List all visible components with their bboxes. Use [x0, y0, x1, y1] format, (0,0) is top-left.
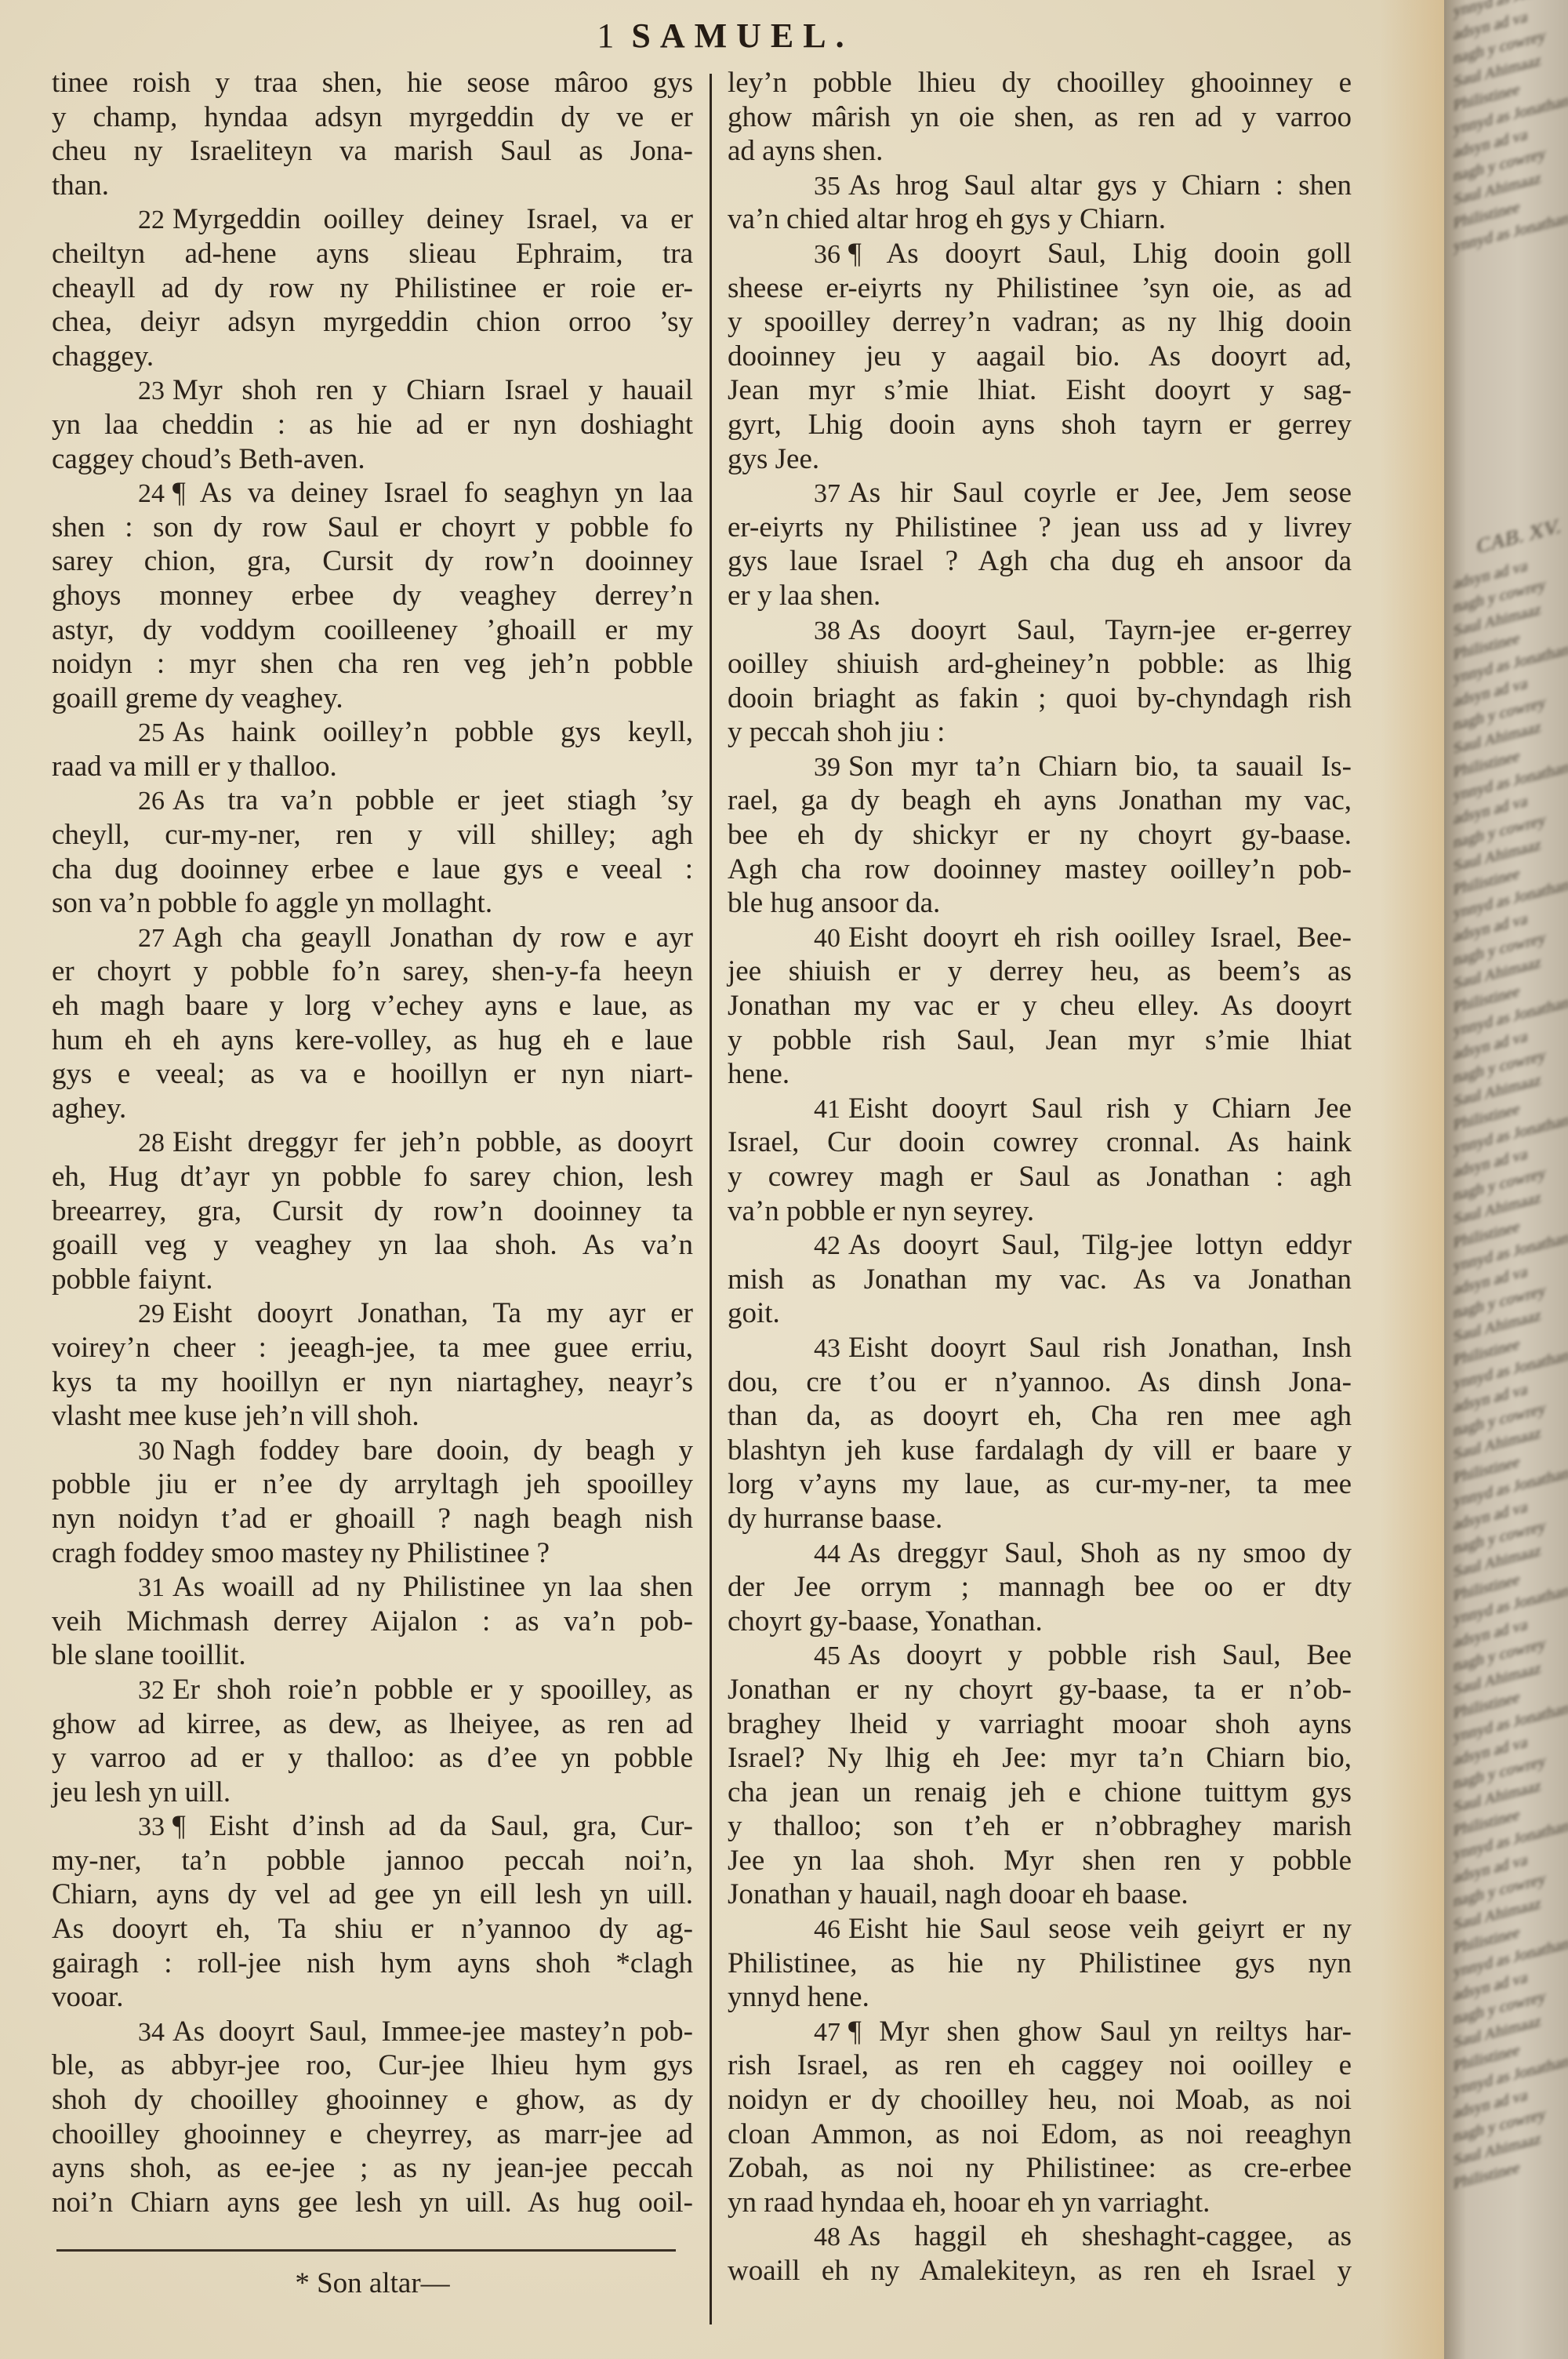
verse-start-line: 38As dooyrt Saul, Tayrn-jee er-gerrey [728, 613, 1352, 648]
text-line: pobble faiynt. [52, 1263, 693, 1297]
line-text: Son myr ta’n Chiarn bio, ta sauail Is- [848, 751, 1352, 783]
line-text: ¶ As va deiney Israel fo seaghyn yn laa [172, 477, 693, 509]
text-line: Jonathan my vac er y cheu elley. As dooy… [728, 989, 1352, 1023]
text-line: choyrt gy-baase, Yonathan. [728, 1605, 1352, 1639]
line-text: ghoys monney erbee dy veaghey derrey’n [52, 580, 693, 612]
line-text: Eisht hie Saul seose veih geiyrt er ny [848, 1913, 1352, 1945]
page-curl-shadow [1380, 0, 1450, 2359]
line-text: Jonathan er ny choyrt gy-baase, ta er n’… [728, 1674, 1352, 1706]
line-text: cheyll, cur-my-ner, ren y vill shilley; … [52, 819, 693, 851]
line-text: hene. [728, 1058, 789, 1090]
line-text: ad ayns shen. [728, 135, 883, 167]
text-line: noi’n Chiarn ayns gee lesh yn uill. As h… [52, 2186, 693, 2220]
line-text: nyn noidyn t’ad er ghoaill ? nagh beagh … [52, 1503, 693, 1535]
line-text: ooilley shiuish ard-gheiney’n pobble: as… [728, 648, 1352, 680]
text-line: Chiarn, ayns dy vel ad gee yn eill lesh … [52, 1877, 693, 1912]
text-line: va’n chied altar hrog eh gys y Chiarn. [728, 202, 1352, 237]
text-line: goaill veg y veaghey yn laa shoh. As va’… [52, 1228, 693, 1263]
text-line: hum eh eh ayns kere-volley, as hug eh e … [52, 1023, 693, 1058]
verse-start-line: 46Eisht hie Saul seose veih geiyrt er ny [728, 1912, 1352, 1946]
line-text: As dooyrt Saul, Tilg-jee lottyn eddyr [848, 1229, 1352, 1261]
text-line: vooar. [52, 1980, 693, 2015]
verse-number: 34 [138, 2018, 165, 2047]
verse-start-line: 31As woaill ad ny Philistinee yn laa she… [52, 1570, 693, 1605]
line-text: Jonathan my vac er y cheu elley. As dooy… [728, 990, 1352, 1022]
text-line: cha dug dooinney erbee e laue gys e veea… [52, 852, 693, 887]
verse-number: 31 [138, 1573, 165, 1602]
verse-number: 46 [814, 1915, 840, 1944]
line-text: gyrt, Lhig dooin ayns shoh tayrn er gerr… [728, 409, 1352, 441]
text-line: braghey lheid y varriaght mooar shoh ayn… [728, 1707, 1352, 1742]
verse-number: 28 [138, 1129, 165, 1158]
verse-start-line: 37As hir Saul coyrle er Jee, Jem seose [728, 476, 1352, 511]
line-text: pobble jiu er n’ee dy arryltagh jeh spoo… [52, 1468, 693, 1500]
verse-start-line: 36¶ As dooyrt Saul, Lhig dooin goll [728, 237, 1352, 271]
verse-number: 35 [814, 172, 840, 201]
text-line: Agh cha row dooinney mastey ooilley’n po… [728, 852, 1352, 887]
line-text: Er shoh roie’n pobble er y spooilley, as [172, 1674, 693, 1706]
text-line: y cowrey magh er Saul as Jonathan : agh [728, 1160, 1352, 1194]
text-line: gairagh : roll-jee nish hym ayns shoh *c… [52, 1946, 693, 1981]
text-line: Jee yn laa shoh. Myr shen ren y pobble [728, 1844, 1352, 1878]
verse-start-line: 35As hrog Saul altar gys y Chiarn : shen [728, 169, 1352, 203]
line-text: goaill greme dy veaghey. [52, 682, 343, 714]
line-text: than da, as dooyrt eh, Cha ren mee agh [728, 1400, 1352, 1432]
line-text: Myrgeddin ooilley deiney Israel, va er [172, 203, 693, 235]
text-line: noidyn er dy chooilley heu, noi Moab, as… [728, 2083, 1352, 2117]
text-line: y varroo ad er y thalloo: as d’ee yn pob… [52, 1741, 693, 1776]
text-line: gys Jee. [728, 442, 1352, 477]
text-line: goaill greme dy veaghey. [52, 682, 693, 716]
text-line: cheu ny Israeliteyn va marish Saul as Jo… [52, 134, 693, 169]
verse-number: 42 [814, 1231, 840, 1260]
line-text: tinee roish y traa shen, hie seose mâroo… [52, 67, 693, 99]
verse-start-line: 33¶ Eisht d’insh ad da Saul, gra, Cur- [52, 1809, 693, 1844]
text-line: sheese er-eiyrts ny Philistinee ’syn oie… [728, 271, 1352, 306]
text-line: astyr, dy voddym cooilleeney ’ghoaill er… [52, 613, 693, 648]
text-line: y champ, hyndaa adsyn myrgeddin dy ve er [52, 100, 693, 135]
line-text: rael, ga dy beagh eh ayns Jonathan my va… [728, 784, 1352, 816]
verse-start-line: 47¶ Myr shen ghow Saul yn reiltys har- [728, 2015, 1352, 2049]
text-line: ghoys monney erbee dy veaghey derrey’n [52, 579, 693, 613]
verse-number: 37 [814, 479, 840, 508]
text-line: ghow ad kirree, as dew, as lheiyee, as r… [52, 1707, 693, 1742]
line-text: Jee yn laa shoh. Myr shen ren y pobble [728, 1845, 1352, 1877]
adjacent-page-edge: ynnyd as Jonathanadsyn ad vanagh y cowre… [1444, 0, 1568, 2359]
line-text: braghey lheid y varriaght mooar shoh ayn… [728, 1708, 1352, 1740]
line-text: noidyn : myr shen cha ren veg jeh’n pobb… [52, 648, 693, 680]
line-text: cragh foddey smoo mastey ny Philistinee … [52, 1537, 550, 1569]
text-line: nyn noidyn t’ad er ghoaill ? nagh beagh … [52, 1502, 693, 1536]
line-text: dooinney jeu y aagail bio. As dooyrt ad, [728, 340, 1352, 373]
text-line: cha jean un renaig jeh e chione tuittym … [728, 1776, 1352, 1810]
text-line: raad va mill er y thalloo. [52, 750, 693, 784]
line-text: Jean myr s’mie lhiat. Eisht dooyrt y sag… [728, 374, 1352, 406]
text-line: aghey. [52, 1092, 693, 1126]
line-text: noi’n Chiarn ayns gee lesh yn uill. As h… [52, 2186, 693, 2219]
text-line: rish Israel, as ren eh caggey noi ooille… [728, 2048, 1352, 2083]
text-line: gys e veeal; as va e hooillyn er nyn nia… [52, 1057, 693, 1092]
line-text: gys Jee. [728, 443, 819, 475]
verse-number: 48 [814, 2223, 840, 2252]
text-line: ayns shoh, as ee-jee ; as ny jean-jee pe… [52, 2151, 693, 2186]
line-text: dou, cre t’ou er n’yannoo. As dinsh Jona… [728, 1366, 1352, 1398]
column-divider [710, 74, 712, 2324]
verse-number: 30 [138, 1437, 165, 1466]
line-text: ghow ad kirree, as dew, as lheiyee, as r… [52, 1708, 693, 1740]
text-line: jeu lesh yn uill. [52, 1776, 693, 1810]
verse-start-line: 25As haink ooilley’n pobble gys keyll, [52, 715, 693, 750]
line-text: As hrog Saul altar gys y Chiarn : shen [848, 169, 1352, 202]
verse-start-line: 32Er shoh roie’n pobble er y spooilley, … [52, 1673, 693, 1707]
line-text: der Jee orrym ; mannagh bee oo er dty [728, 1571, 1352, 1603]
text-line: ynnyd hene. [728, 1980, 1352, 2015]
line-text: goaill veg y veaghey yn laa shoh. As va’… [52, 1229, 693, 1261]
text-line: mish as Jonathan my vac. As va Jonathan [728, 1263, 1352, 1297]
line-text: hum eh eh ayns kere-volley, as hug eh e … [52, 1024, 693, 1056]
verse-number: 43 [814, 1334, 840, 1363]
book-page: 1SAMUEL. tinee roish y traa shen, hie se… [0, 0, 1450, 2359]
text-line: cheyll, cur-my-ner, ren y vill shilley; … [52, 818, 693, 852]
line-text: pobble faiynt. [52, 1263, 213, 1296]
text-line: bee eh dy shickyr er ny choyrt gy-baase. [728, 818, 1352, 852]
verse-number: 24 [138, 479, 165, 508]
text-line: cheayll ad dy row ny Philistinee er roie… [52, 271, 693, 306]
line-text: shoh dy chooilley ghooinney e ghow, as d… [52, 2084, 693, 2116]
line-text: y cowrey magh er Saul as Jonathan : agh [728, 1161, 1352, 1193]
line-text: sarey chion, gra, Cursit dy row’n dooinn… [52, 545, 693, 577]
text-line: Jonathan er ny choyrt gy-baase, ta er n’… [728, 1673, 1352, 1707]
line-text: As woaill ad ny Philistinee yn laa shen [172, 1571, 693, 1603]
line-text: Myr shoh ren y Chiarn Israel y hauail [172, 374, 693, 406]
text-line: gyrt, Lhig dooin ayns shoh tayrn er gerr… [728, 408, 1352, 442]
text-line: er-eiyrts ny Philistinee ? jean uss ad y… [728, 511, 1352, 545]
line-text: veih Michmash derrey Aijalon : as va’n p… [52, 1605, 693, 1637]
line-text: noidyn er dy chooilley heu, noi Moab, as… [728, 2084, 1352, 2116]
line-text: yn raad hyndaa eh, hooar eh yn varriaght… [728, 2186, 1210, 2219]
line-text: raad va mill er y thalloo. [52, 751, 337, 783]
verse-number: 29 [138, 1299, 165, 1329]
verse-start-line: 45As dooyrt y pobble rish Saul, Bee [728, 1638, 1352, 1673]
text-line: ad ayns shen. [728, 134, 1352, 169]
footnote-rule [56, 2249, 676, 2252]
verse-number: 45 [814, 1641, 840, 1670]
text-line: tinee roish y traa shen, hie seose mâroo… [52, 66, 693, 100]
line-text: Eisht dooyrt Saul rish Jonathan, Insh [848, 1332, 1352, 1364]
text-line: shoh dy chooilley ghooinney e ghow, as d… [52, 2083, 693, 2117]
line-text: chaggey. [52, 340, 154, 373]
line-text: astyr, dy voddym cooilleeney ’ghoaill er… [52, 614, 693, 646]
verse-number: 38 [814, 616, 840, 645]
text-line: lorg v’ayns my laue, as cur-my-ner, ta m… [728, 1467, 1352, 1502]
line-text: cheiltyn ad-hene ayns slieau Ephraim, tr… [52, 238, 693, 270]
text-line: chaggey. [52, 340, 693, 374]
verse-start-line: 34As dooyrt Saul, Immee-jee mastey’n pob… [52, 2015, 693, 2049]
line-text: vooar. [52, 1981, 123, 2013]
text-line: breearrey, gra, Cursit dy row’n dooinney… [52, 1194, 693, 1229]
line-text: va’n chied altar hrog eh gys y Chiarn. [728, 203, 1166, 235]
text-line: gys laue Israel ? Agh cha dug eh ansoor … [728, 544, 1352, 579]
verse-number: 22 [138, 205, 165, 234]
text-line: hene. [728, 1057, 1352, 1092]
text-line: eh magh baare y lorg v’echey ayns e laue… [52, 989, 693, 1023]
footnote: * Son altar— [52, 2266, 693, 2300]
line-text: As haink ooilley’n pobble gys keyll, [172, 716, 693, 748]
line-text: Philistinee, as hie ny Philistinee gys n… [728, 1947, 1352, 1979]
line-text: y champ, hyndaa adsyn myrgeddin dy ve er [52, 101, 693, 133]
line-text: jeu lesh yn uill. [52, 1776, 230, 1808]
text-line: jee shiuish er y derrey heu, as beem’s a… [728, 954, 1352, 989]
verse-number: 40 [814, 924, 840, 953]
verse-start-line: 26As tra va’n pobble er jeet stiagh ’sy [52, 783, 693, 818]
text-line: veih Michmash derrey Aijalon : as va’n p… [52, 1605, 693, 1639]
verse-start-line: 30Nagh foddey bare dooin, dy beagh y [52, 1434, 693, 1468]
line-text: sheese er-eiyrts ny Philistinee ’syn oie… [728, 272, 1352, 304]
text-line: Zobah, as noi ny Philistinee: as cre-erb… [728, 2151, 1352, 2186]
verse-start-line: 43Eisht dooyrt Saul rish Jonathan, Insh [728, 1331, 1352, 1365]
text-line: dy hurranse baase. [728, 1502, 1352, 1536]
text-line: than. [52, 169, 693, 203]
line-text: vlasht mee kuse jeh’n vill shoh. [52, 1400, 419, 1432]
line-text: As dooyrt eh, Ta shiu er n’yannoo dy ag- [52, 1913, 693, 1945]
line-text: Eisht dooyrt Jonathan, Ta my ayr er [172, 1297, 693, 1329]
text-line: y spooilley derrey’n vadran; as ny lhig … [728, 305, 1352, 340]
verse-number: 23 [138, 376, 165, 405]
line-text: As dooyrt Saul, Tayrn-jee er-gerrey [848, 614, 1352, 646]
text-line: than da, as dooyrt eh, Cha ren mee agh [728, 1399, 1352, 1434]
verse-start-line: 42As dooyrt Saul, Tilg-jee lottyn eddyr [728, 1228, 1352, 1263]
verse-number: 25 [138, 718, 165, 747]
text-line: yn raad hyndaa eh, hooar eh yn varriaght… [728, 2186, 1352, 2220]
line-text: y spooilley derrey’n vadran; as ny lhig … [728, 306, 1352, 338]
text-line: Jean myr s’mie lhiat. Eisht dooyrt y sag… [728, 373, 1352, 408]
text-line: er choyrt y pobble fo’n sarey, shen-y-fa… [52, 954, 693, 989]
text-line: dou, cre t’ou er n’yannoo. As dinsh Jona… [728, 1365, 1352, 1400]
verse-number: 33 [138, 1812, 165, 1841]
adjacent-page-text: ynnyd as Jonathanadsyn ad vanagh y cowre… [1454, 0, 1563, 2359]
verse-number: 26 [138, 787, 165, 816]
line-text: Agh cha row dooinney mastey ooilley’n po… [728, 853, 1352, 885]
text-line: Israel, Cur dooin cowrey cronnal. As hai… [728, 1125, 1352, 1160]
line-text: ¶ Myr shen ghow Saul yn reiltys har- [848, 2016, 1352, 2048]
text-line: my-ner, ta’n pobble jannoo peccah noi’n, [52, 1844, 693, 1878]
text-line: ble slane tooillit. [52, 1638, 693, 1673]
line-text: As dreggyr Saul, Shoh as ny smoo dy [848, 1537, 1352, 1569]
line-text: Jonathan y hauail, nagh dooar eh baase. [728, 1878, 1189, 1910]
line-text: cheayll ad dy row ny Philistinee er roie… [52, 272, 693, 304]
text-line: ooilley shiuish ard-gheiney’n pobble: as… [728, 647, 1352, 682]
line-text: Chiarn, ayns dy vel ad gee yn eill lesh … [52, 1878, 693, 1910]
line-text: er y laa shen. [728, 580, 880, 612]
text-line: yn laa cheddin : as hie ad er nyn doshia… [52, 408, 693, 442]
line-text: Eisht dooyrt Saul rish y Chiarn Jee [848, 1092, 1352, 1125]
line-text: yn laa cheddin : as hie ad er nyn doshia… [52, 409, 693, 441]
text-line: cloan Ammon, as noi Edom, as noi reeaghy… [728, 2117, 1352, 2152]
text-line: ley’n pobble lhieu dy chooilley ghooinne… [728, 66, 1352, 100]
verse-start-line: 40Eisht dooyrt eh rish ooilley Israel, B… [728, 921, 1352, 955]
verse-start-line: 28Eisht dreggyr fer jeh’n pobble, as doo… [52, 1125, 693, 1160]
line-text: cheu ny Israeliteyn va marish Saul as Jo… [52, 135, 693, 167]
verse-start-line: 48As haggil eh sheshaght-caggee, as [728, 2219, 1352, 2254]
line-text: aghey. [52, 1092, 126, 1125]
text-line: er y laa shen. [728, 579, 1352, 613]
line-text: voirey’n cheer : jeeagh-jee, ta mee guee… [52, 1332, 693, 1364]
line-text: lorg v’ayns my laue, as cur-my-ner, ta m… [728, 1468, 1352, 1500]
text-line: sarey chion, gra, Cursit dy row’n dooinn… [52, 544, 693, 579]
verse-start-line: 29Eisht dooyrt Jonathan, Ta my ayr er [52, 1296, 693, 1331]
line-text: kys ta my hooillyn er nyn niartaghey, ne… [52, 1366, 693, 1398]
line-text: caggey choud’s Beth-aven. [52, 443, 365, 475]
line-text: my-ner, ta’n pobble jannoo peccah noi’n, [52, 1845, 693, 1877]
verse-number: 39 [814, 753, 840, 782]
line-text: ghow mârish yn oie shen, as ren ad y var… [728, 101, 1352, 133]
verse-number: 47 [814, 2018, 840, 2047]
line-text: y thalloo; son t’eh er n’obbraghey maris… [728, 1810, 1352, 1842]
line-text: As hir Saul coyrle er Jee, Jem seose [848, 477, 1352, 509]
text-line: Israel? Ny lhig eh Jee: myr ta’n Chiarn … [728, 1741, 1352, 1776]
verse-start-line: 23Myr shoh ren y Chiarn Israel y hauail [52, 373, 693, 408]
line-text: breearrey, gra, Cursit dy row’n dooinney… [52, 1195, 693, 1227]
text-line: shen : son dy row Saul er choyrt y pobbl… [52, 511, 693, 545]
text-line: noidyn : myr shen cha ren veg jeh’n pobb… [52, 647, 693, 682]
line-text: chooilley ghooinney e cheyrrey, as marr-… [52, 2118, 693, 2150]
line-text: ley’n pobble lhieu dy chooilley ghooinne… [728, 67, 1352, 99]
line-text: gys laue Israel ? Agh cha dug eh ansoor … [728, 545, 1352, 577]
text-line: As dooyrt eh, Ta shiu er n’yannoo dy ag- [52, 1912, 693, 1946]
line-text: Israel? Ny lhig eh Jee: myr ta’n Chiarn … [728, 1742, 1352, 1774]
line-text: As tra va’n pobble er jeet stiagh ’sy [172, 784, 693, 816]
text-line: woaill eh ny Amalekiteyn, as ren eh Isra… [728, 2254, 1352, 2288]
text-line: Philistinee, as hie ny Philistinee gys n… [728, 1946, 1352, 1981]
verse-number: 32 [138, 1676, 165, 1705]
line-text: Israel, Cur dooin cowrey cronnal. As hai… [728, 1126, 1352, 1158]
verse-start-line: 44As dreggyr Saul, Shoh as ny smoo dy [728, 1536, 1352, 1571]
line-text: cha dug dooinney erbee e laue gys e veea… [52, 853, 693, 885]
book-number: 1 [597, 16, 614, 55]
line-text: bee eh dy shickyr er ny choyrt gy-baase. [728, 819, 1352, 851]
line-text: choyrt gy-baase, Yonathan. [728, 1605, 1043, 1637]
line-text: va’n pobble er nyn seyrey. [728, 1195, 1034, 1227]
line-text: than. [52, 169, 109, 202]
verse-start-line: 39Son myr ta’n Chiarn bio, ta sauail Is- [728, 750, 1352, 784]
text-line: ble, as abbyr-jee roo, Cur-jee lhieu hym… [52, 2048, 693, 2083]
line-text: ¶ As dooyrt Saul, Lhig dooin goll [848, 238, 1352, 270]
line-text: shen : son dy row Saul er choyrt y pobbl… [52, 511, 693, 543]
line-text: chea, deiyr adsyn myrgeddin chion orroo … [52, 306, 693, 338]
text-line: rael, ga dy beagh eh ayns Jonathan my va… [728, 783, 1352, 818]
text-line: dooinney jeu y aagail bio. As dooyrt ad, [728, 340, 1352, 374]
line-text: Zobah, as noi ny Philistinee: as cre-erb… [728, 2152, 1352, 2184]
line-text: Nagh foddey bare dooin, dy beagh y [172, 1434, 693, 1467]
line-text: Eisht dreggyr fer jeh’n pobble, as dooyr… [172, 1126, 693, 1158]
line-text: dooin briaght as fakin ; quoi by-chyndag… [728, 682, 1352, 714]
line-text: son va’n pobble fo aggle yn mollaght. [52, 887, 492, 919]
text-line: cheiltyn ad-hene ayns slieau Ephraim, tr… [52, 237, 693, 271]
verse-number: 27 [138, 924, 165, 953]
text-line: Jonathan y hauail, nagh dooar eh baase. [728, 1877, 1352, 1912]
line-text: er choyrt y pobble fo’n sarey, shen-y-fa… [52, 955, 693, 987]
line-text: jee shiuish er y derrey heu, as beem’s a… [728, 955, 1352, 987]
text-line: y peccah shoh jiu : [728, 715, 1352, 750]
text-line: blashtyn jeh kuse fardalagh dy vill er b… [728, 1434, 1352, 1468]
line-text: eh magh baare y lorg v’echey ayns e laue… [52, 990, 693, 1022]
verse-number: 41 [814, 1095, 840, 1124]
line-text: gairagh : roll-jee nish hym ayns shoh *c… [52, 1947, 693, 1979]
line-text: Agh cha geayll Jonathan dy row e ayr [172, 921, 693, 954]
text-line: y thalloo; son t’eh er n’obbraghey maris… [728, 1809, 1352, 1844]
verse-start-line: 27Agh cha geayll Jonathan dy row e ayr [52, 921, 693, 955]
text-line: chooilley ghooinney e cheyrrey, as marr-… [52, 2117, 693, 2152]
line-text: As dooyrt Saul, Immee-jee mastey’n pob- [172, 2016, 693, 2048]
verse-start-line: 24¶ As va deiney Israel fo seaghyn yn la… [52, 476, 693, 511]
text-line: pobble jiu er n’ee dy arryltagh jeh spoo… [52, 1467, 693, 1502]
text-line: son va’n pobble fo aggle yn mollaght. [52, 886, 693, 921]
line-text: gys e veeal; as va e hooillyn er nyn nia… [52, 1058, 693, 1090]
text-line: cragh foddey smoo mastey ny Philistinee … [52, 1536, 693, 1571]
text-line: va’n pobble er nyn seyrey. [728, 1194, 1352, 1229]
text-line: vlasht mee kuse jeh’n vill shoh. [52, 1399, 693, 1434]
line-text: y peccah shoh jiu : [728, 716, 945, 748]
line-text: As haggil eh sheshaght-caggee, as [848, 2220, 1352, 2252]
line-text: As dooyrt y pobble rish Saul, Bee [848, 1639, 1352, 1671]
line-text: ayns shoh, as ee-jee ; as ny jean-jee pe… [52, 2152, 693, 2184]
right-column: ley’n pobble lhieu dy chooilley ghooinne… [728, 66, 1352, 2288]
line-text: cloan Ammon, as noi Edom, as noi reeaghy… [728, 2118, 1352, 2150]
verse-number: 36 [814, 240, 840, 269]
line-text: goit. [728, 1297, 780, 1329]
text-line: eh, Hug dt’ayr yn pobble fo sarey chion,… [52, 1160, 693, 1194]
line-text: ble, as abbyr-jee roo, Cur-jee lhieu hym… [52, 2049, 693, 2081]
line-text: rish Israel, as ren eh caggey noi ooille… [728, 2049, 1352, 2081]
text-line: chea, deiyr adsyn myrgeddin chion orroo … [52, 305, 693, 340]
left-column: tinee roish y traa shen, hie seose mâroo… [52, 66, 693, 2219]
text-line: ble hug ansoor da. [728, 886, 1352, 921]
text-line: der Jee orrym ; mannagh bee oo er dty [728, 1570, 1352, 1605]
line-text: mish as Jonathan my vac. As va Jonathan [728, 1263, 1352, 1296]
text-line: caggey choud’s Beth-aven. [52, 442, 693, 477]
text-line: kys ta my hooillyn er nyn niartaghey, ne… [52, 1365, 693, 1400]
line-text: er-eiyrts ny Philistinee ? jean uss ad y… [728, 511, 1352, 543]
text-line: goit. [728, 1296, 1352, 1331]
line-text: y pobble rish Saul, Jean myr s’mie lhiat [728, 1024, 1352, 1056]
text-line: voirey’n cheer : jeeagh-jee, ta mee guee… [52, 1331, 693, 1365]
running-head: 1SAMUEL. [0, 16, 1450, 56]
line-text: blashtyn jeh kuse fardalagh dy vill er b… [728, 1434, 1352, 1467]
line-text: Eisht dooyrt eh rish ooilley Israel, Bee… [848, 921, 1352, 954]
line-text: ble hug ansoor da. [728, 887, 940, 919]
text-line: ghow mârish yn oie shen, as ren ad y var… [728, 100, 1352, 135]
verse-start-line: 41Eisht dooyrt Saul rish y Chiarn Jee [728, 1092, 1352, 1126]
line-text: cha jean un renaig jeh e chione tuittym … [728, 1776, 1352, 1808]
verse-start-line: 22Myrgeddin ooilley deiney Israel, va er [52, 202, 693, 237]
line-text: ¶ Eisht d’insh ad da Saul, gra, Cur- [172, 1810, 693, 1842]
text-line: y pobble rish Saul, Jean myr s’mie lhiat [728, 1023, 1352, 1058]
line-text: dy hurranse baase. [728, 1503, 942, 1535]
verse-number: 44 [814, 1539, 840, 1568]
line-text: ble slane tooillit. [52, 1639, 246, 1671]
book-title: SAMUEL. [631, 16, 853, 55]
line-text: y varroo ad er y thalloo: as d’ee yn pob… [52, 1742, 693, 1774]
line-text: woaill eh ny Amalekiteyn, as ren eh Isra… [728, 2255, 1352, 2287]
text-line: dooin briaght as fakin ; quoi by-chyndag… [728, 682, 1352, 716]
line-text: ynnyd hene. [728, 1981, 869, 2013]
line-text: eh, Hug dt’ayr yn pobble fo sarey chion,… [52, 1161, 693, 1193]
